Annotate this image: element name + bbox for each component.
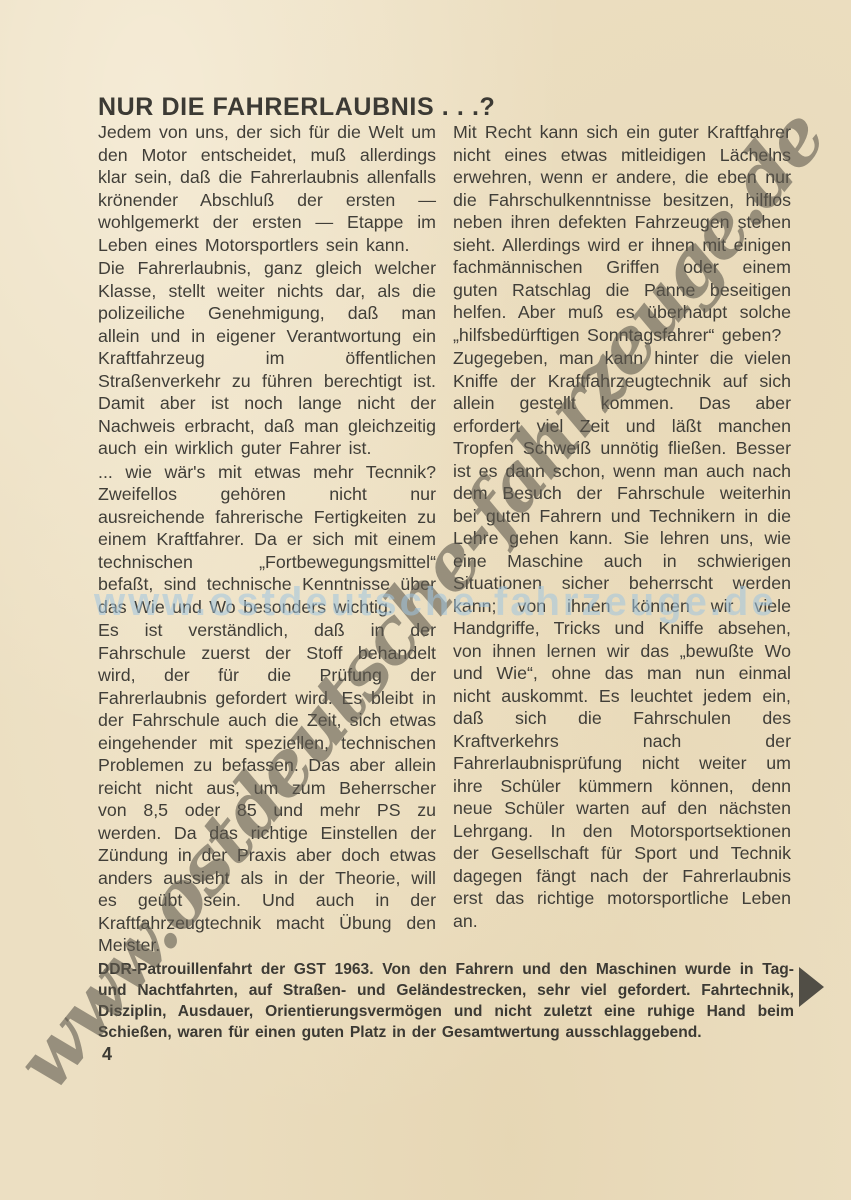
photo-caption: DDR-Patrouillenfahrt der GST 1963. Von d…	[98, 959, 794, 1043]
scanned-page: NUR DIE FAHRERLAUBNIS . . .? Jedem von u…	[0, 0, 851, 1200]
next-page-arrow-icon	[799, 967, 824, 1007]
text-column-left: Jedem von uns, der sich für die Welt um …	[98, 121, 436, 958]
page-number: 4	[102, 1044, 112, 1065]
paragraph: ... wie wär's mit etwas mehr Tecnnik? Zw…	[98, 461, 436, 619]
paragraph: Es ist verständlich, daß in der Fahrschu…	[98, 619, 436, 957]
paragraph: Jedem von uns, der sich für die Welt um …	[98, 121, 436, 256]
text-column-right: Mit Recht kann sich ein guter Kraftfahre…	[453, 121, 791, 933]
article-title: NUR DIE FAHRERLAUBNIS . . .?	[98, 93, 495, 122]
paragraph: Mit Recht kann sich ein guter Kraftfahre…	[453, 121, 791, 346]
paragraph: Die Fahrerlaubnis, ganz gleich welcher K…	[98, 257, 436, 460]
paragraph: Zugegeben, man kann hinter die vielen Kn…	[453, 347, 791, 932]
